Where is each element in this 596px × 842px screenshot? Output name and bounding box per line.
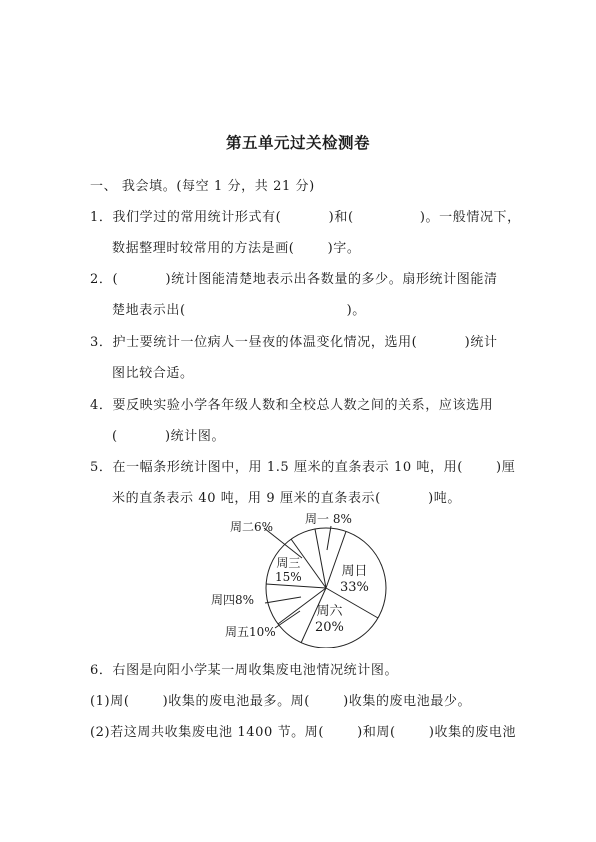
section-number: 一、: [90, 179, 117, 194]
question-text: 在一幅条形统计图中，用 1.5 厘米的直条表示 10 吨，用( )厘: [112, 460, 515, 475]
pie-chart: 周二6% 周一 8% 周三15% 周日33% 周六20% 周四8% 周五10%: [205, 508, 395, 648]
pie-label-saturday: 周六20%: [315, 604, 344, 636]
question-2: 2．( )统计图能清楚地表示出各数量的多少。扇形统计图能清: [90, 271, 498, 289]
pie-label-saturday-name: 周六: [316, 604, 342, 619]
question-3: 3．护士要统计一位病人一昼夜的体温变化情况，选用( )统计: [90, 334, 498, 352]
question-text: 要反映实验小学各年级人数和全校总人数之间的关系，应该选用: [112, 398, 493, 413]
section-text: 我会填。(每空 1 分，共 21 分): [117, 179, 315, 194]
question-1-line-2: 数据整理时较常用的方法是画( )字。: [112, 240, 360, 258]
question-number: 1．: [90, 210, 112, 225]
pie-label-wednesday: 周三15%: [275, 556, 302, 584]
question-number: 6．: [90, 663, 112, 678]
pie-label-sunday-pct: 33%: [340, 580, 369, 595]
question-4: 4．要反映实验小学各年级人数和全校总人数之间的关系，应该选用: [90, 397, 493, 415]
pie-label-wednesday-pct: 15%: [275, 570, 302, 584]
question-text: ( )统计图能清楚地表示出各数量的多少。扇形统计图能清: [112, 272, 497, 287]
question-text: 护士要统计一位病人一昼夜的体温变化情况，选用( )统计: [112, 335, 497, 350]
question-6-part-2: (2)若这周共收集废电池 1400 节。周( )和周( )收集的废电池: [90, 724, 516, 742]
question-6: 6．右图是向阳小学某一周收集废电池情况统计图。: [90, 662, 398, 680]
question-5: 5．在一幅条形统计图中，用 1.5 厘米的直条表示 10 吨，用( )厘: [90, 459, 515, 477]
question-number: 3．: [90, 335, 112, 350]
question-number: 2．: [90, 272, 112, 287]
pie-label-saturday-pct: 20%: [315, 620, 344, 635]
question-number: 5．: [90, 460, 112, 475]
pie-label-sunday-name: 周日: [341, 564, 367, 579]
section-heading: 一、 我会填。(每空 1 分，共 21 分): [90, 178, 315, 196]
question-5-line-2: 米的直条表示 40 吨，用 9 厘米的直条表示( )吨。: [112, 490, 461, 508]
pie-label-sunday: 周日33%: [340, 564, 369, 596]
pie-label-tuesday: 周二6%: [230, 520, 273, 534]
question-text: 我们学过的常用统计形式有( )和( )。一般情况下，: [112, 210, 520, 225]
pie-label-wednesday-name: 周三: [276, 556, 300, 570]
question-2-line-2: 楚地表示出( )。: [112, 302, 366, 320]
question-text: 右图是向阳小学某一周收集废电池情况统计图。: [112, 663, 398, 678]
question-4-line-2: ( )统计图。: [112, 428, 225, 446]
question-number: 4．: [90, 398, 112, 413]
pie-label-friday: 周五10%: [225, 625, 276, 639]
question-6-part-1: (1)周( )收集的废电池最多。周( )收集的废电池最少。: [90, 693, 471, 711]
question-3-line-2: 图比较合适。: [112, 365, 194, 383]
question-1: 1．我们学过的常用统计形式有( )和( )。一般情况下，: [90, 209, 521, 227]
pie-label-thursday: 周四8%: [211, 593, 254, 607]
pie-label-monday: 周一 8%: [305, 512, 352, 526]
page-title: 第五单元过关检测卷: [0, 131, 596, 153]
